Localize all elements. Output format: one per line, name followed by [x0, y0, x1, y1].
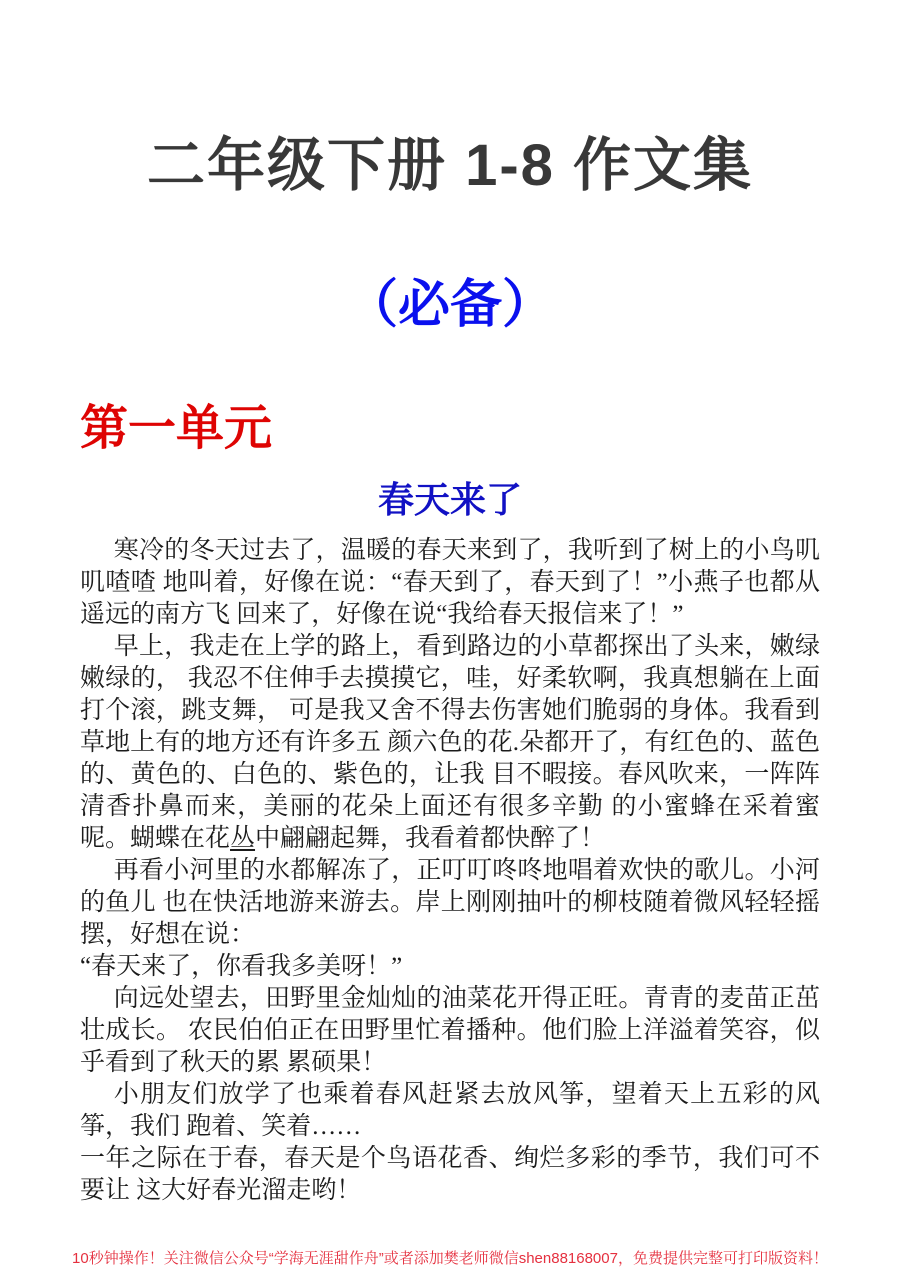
essay-title: 春天来了: [80, 472, 820, 523]
document-page: { "doc": { "title": "二年级下册 1-8 作文集", "su…: [0, 0, 900, 1273]
paragraph-3: 再看小河里的水都解冻了，正叮叮咚咚地唱着欢快的歌儿。小河的鱼儿 也在快活地游来游…: [80, 855, 820, 951]
document-title: 二年级下册 1-8 作文集: [80, 118, 820, 202]
paragraph-4-quote-line: “春天来了，你看我多美呀！”: [80, 951, 820, 983]
paragraph-2: 早上，我走在上学的路上，看到路边的小草都探出了头来，嫩绿嫩绿的， 我忍不住伸手去…: [80, 631, 820, 855]
footer-promo-notice: 10秒钟操作！关注微信公众号“学海无涯甜作舟”或者添加樊老师微信shen8816…: [0, 1247, 900, 1268]
document-subtitle: （必备）: [80, 262, 820, 337]
paragraph-2-underlined-char: 丛: [230, 825, 255, 852]
paragraph-7-closing-line: 一年之际在于春，春天是个鸟语花香、绚烂多彩的季节，我们可不要让 这大好春光溜走哟…: [80, 1143, 820, 1207]
paragraph-2-text-after: 中翩翩起舞，我看着都快醉了！: [255, 825, 605, 852]
paragraph-2-text-before: 早上，我走在上学的路上，看到路边的小草都探出了头来，嫩绿嫩绿的， 我忍不住伸手去…: [80, 633, 820, 852]
essay-body: 寒冷的冬天过去了，温暖的春天来到了，我听到了树上的小鸟叽叽喳喳 地叫着，好像在说…: [80, 535, 820, 1207]
paragraph-1: 寒冷的冬天过去了，温暖的春天来到了，我听到了树上的小鸟叽叽喳喳 地叫着，好像在说…: [80, 535, 820, 631]
document-body: 二年级下册 1-8 作文集 （必备） 第一单元 春天来了 寒冷的冬天过去了，温暖…: [0, 118, 900, 1207]
paragraph-5: 向远处望去，田野里金灿灿的油菜花开得正旺。青青的麦苗正茁壮成长。 农民伯伯正在田…: [80, 983, 820, 1079]
unit-heading: 第一单元: [80, 389, 820, 458]
paragraph-6: 小朋友们放学了也乘着春风赶紧去放风筝，望着天上五彩的风筝，我们 跑着、笑着……: [80, 1079, 820, 1143]
